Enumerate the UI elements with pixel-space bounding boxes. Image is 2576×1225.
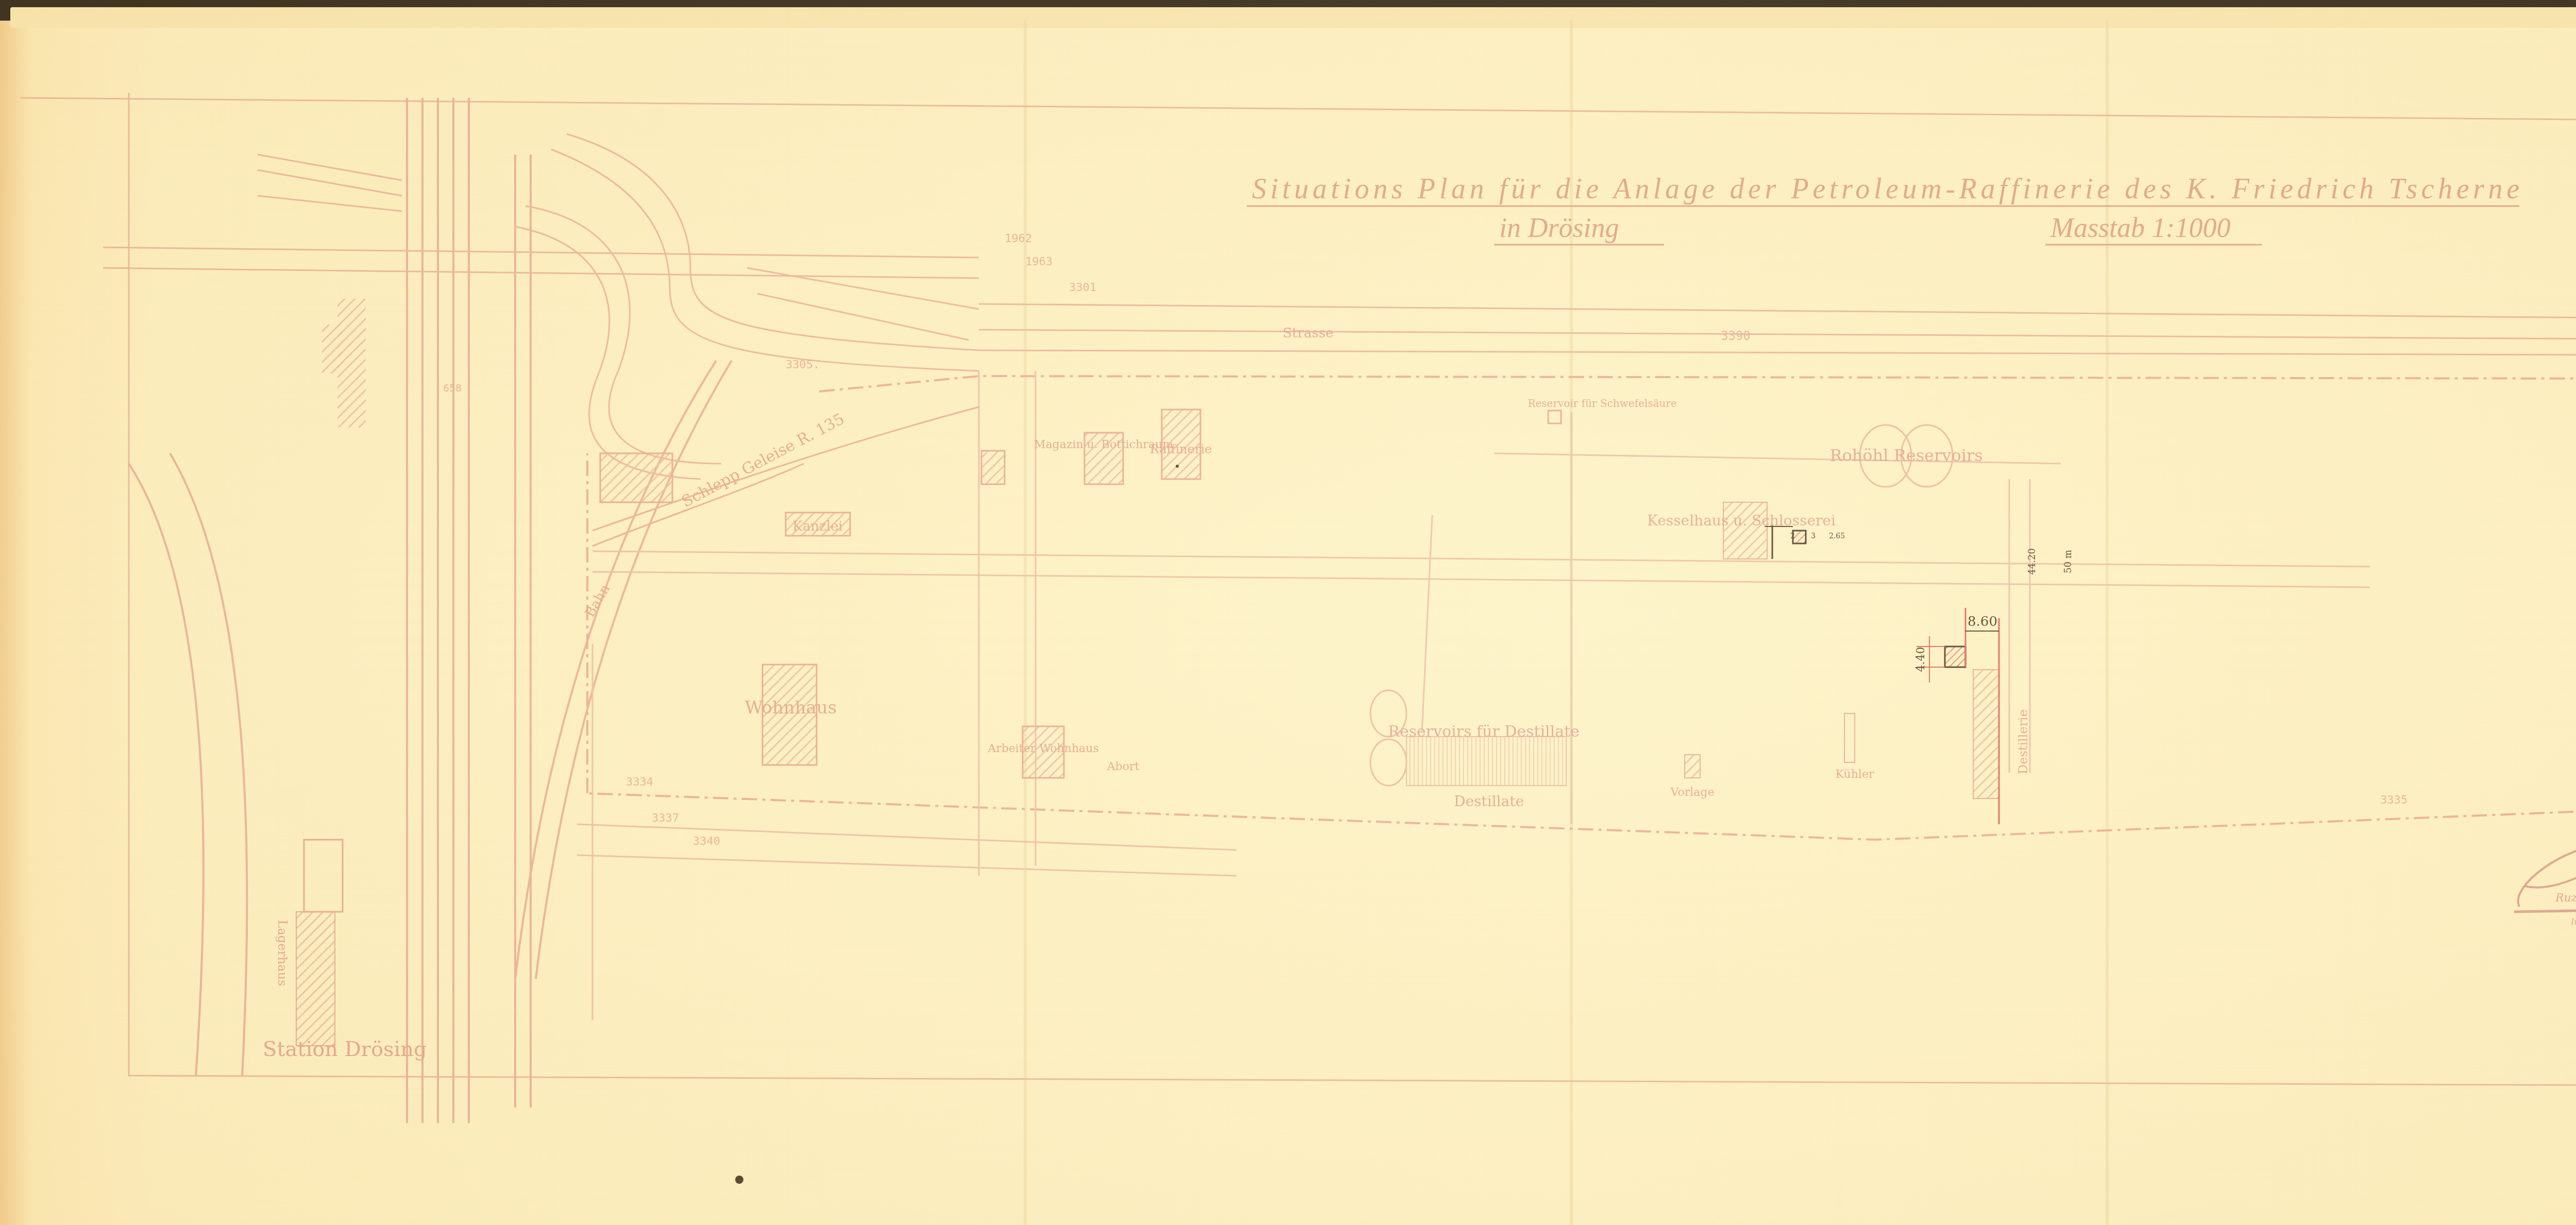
destillerie: Destillerie — [1973, 670, 2030, 798]
label-raffinerie: Raffinerie — [1150, 442, 1212, 456]
label-vorlage: Vorlage — [1670, 786, 1715, 799]
building-lagerhaus-station: Lagerhaus — [275, 840, 343, 1046]
signature-subtitle: Ingenieur — [2570, 917, 2576, 927]
label-schleppgeleise: Schlepp Geleise R. 135 — [679, 410, 847, 511]
scale-label: Masstab 1:1000 — [2050, 212, 2231, 243]
label-reservoir-schwefelsaeure: Reservoir für Schwefelsäure — [1528, 397, 1676, 410]
label-destillerie: Destillerie — [2016, 709, 2030, 774]
dim-offset-a: 44.20 — [2027, 548, 2038, 575]
label-station-droesing: Station Drösing — [263, 1037, 427, 1061]
internal-roads — [577, 371, 2370, 1020]
building-abort: Abort — [1107, 760, 1140, 773]
signature-text: Ruzicka — [2555, 892, 2576, 905]
parcel-1962: 1962 — [1005, 232, 1032, 245]
dim-kessel-c: 2.65 — [1829, 532, 1845, 540]
station-buildings-upper — [322, 299, 366, 428]
parcel-3340: 3340 — [693, 835, 720, 848]
parcel-1963: 1963 — [1025, 256, 1053, 268]
vorlage: Vorlage — [1670, 755, 1715, 799]
plan-sheet: Kanzlei Wohnhaus Magazin u. Bottichraum … — [0, 0, 2576, 1225]
main-road — [979, 304, 2576, 355]
label-strasse: Strasse — [1283, 326, 1333, 341]
parcel-3334: 3334 — [626, 776, 653, 789]
label-destillate: Destillate — [1454, 793, 1524, 810]
property-boundary — [587, 376, 2576, 840]
building-kesselhaus: Kesselhaus u. Schlosserei 2 3 2.65 — [1647, 502, 1845, 559]
label-lagerhaus: Lagerhaus — [275, 920, 290, 986]
label-kuehler: Kühler — [1836, 768, 1874, 781]
kuehler: Kühler — [1836, 713, 1874, 781]
buildings: Kanzlei Wohnhaus Magazin u. Bottichraum … — [275, 299, 2074, 1046]
access-roads — [103, 134, 979, 479]
label-abort: Abort — [1107, 760, 1140, 773]
reservoir-schwefelsaeure: Reservoir für Schwefelsäure — [1528, 397, 1676, 423]
parcel-3305: 3305. — [786, 359, 820, 371]
parcel-3301: 3301 — [1069, 281, 1096, 294]
label-reservoirs-destillate: Reservoirs für Destillate — [1388, 723, 1580, 741]
parcel-3335: 3335 — [2380, 794, 2408, 807]
building-magazin-upper-left — [600, 453, 672, 502]
dim-kessel-b: 3 — [1811, 532, 1816, 540]
label-rohoel-reservoirs: Rohöhl Reservoirs — [1829, 446, 1982, 465]
dim-tank-width: 8.60 — [1968, 614, 1997, 629]
label-kanzlei: Kanzlei — [792, 519, 842, 534]
rohoel-reservoirs: Rohöhl Reservoirs — [1829, 425, 1982, 487]
parcel-3337: 3337 — [652, 812, 679, 825]
building-wohnhaus: Wohnhaus — [745, 665, 837, 765]
dim-tank-depth: 4.40 — [1914, 647, 1927, 672]
building-arbeiter-wohnhaus: Arbeiter Wohnhaus — [987, 726, 1098, 778]
title-block: Situations Plan für die Anlage der Petro… — [1247, 173, 2519, 245]
parcel-658: 658 — [443, 382, 462, 394]
ink-specks — [735, 465, 2576, 1184]
reservoirs-destillate: Reservoirs für Destillate Destillate — [1370, 690, 1580, 810]
dim-offset-b: 50 m — [2063, 550, 2074, 573]
dimension-offsets: 44.20 50 m — [2027, 548, 2074, 575]
building-kanzlei: Kanzlei — [786, 513, 850, 536]
building-raffinerie: Raffinerie — [1150, 410, 1212, 479]
label-kesselhaus: Kesselhaus u. Schlosserei — [1647, 512, 1836, 529]
site-plan-drawing: Kanzlei Wohnhaus Magazin u. Bottichraum … — [0, 0, 2576, 1225]
label-arbeiter-wohnhaus: Arbeiter Wohnhaus — [987, 742, 1098, 755]
title-line-2-left: in Drösing — [1499, 212, 1619, 243]
building-lager — [981, 451, 1005, 484]
parcel-3390: 3390 — [1721, 329, 1751, 343]
dim-kessel-a: 2 — [1790, 532, 1795, 540]
signature: Ruzicka Ingenieur — [2514, 845, 2576, 927]
title-line-1: Situations Plan für die Anlage der Petro… — [1252, 173, 2519, 205]
label-wohnhaus: Wohnhaus — [745, 697, 837, 718]
building-magazin-bottich: Magazin u. Bottichraum — [1034, 433, 1173, 484]
